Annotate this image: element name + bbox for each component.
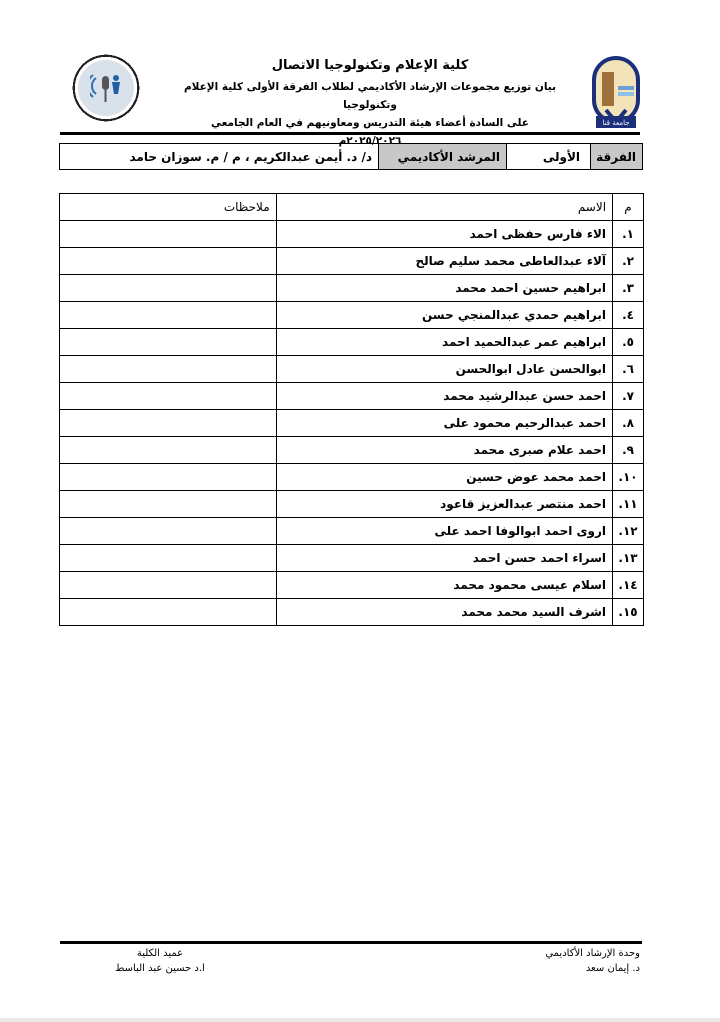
dean-name: ا.د حسين عبد الباسط [100,961,220,976]
student-notes [60,464,277,491]
student-name: احمد منتصر عبدالعزيز قاعود [276,491,612,518]
student-roster-table: م الاسم ملاحظات ١.الاء فارس حفظى احمد ٢.… [59,193,644,626]
student-notes [60,248,277,275]
student-notes [60,518,277,545]
student-notes [60,275,277,302]
student-name: ابراهيم حسين احمد محمد [276,275,612,302]
student-notes [60,599,277,626]
student-name: آلاء عبدالعاطى محمد سليم صالح [276,248,612,275]
row-num: ٥. [613,329,644,356]
header-name: الاسم [276,194,612,221]
advising-unit-title: وحدة الإرشاد الأكاديمي [470,946,640,961]
table-row: ١٥.اشرف السيد محمد محمد [60,599,644,626]
footer-divider [60,941,642,944]
level-label: الفرقة [590,144,642,169]
row-num: ٤. [613,302,644,329]
row-num: ١٤. [613,572,644,599]
faculty-title: كلية الإعلام وتكنولوجيا الاتصال [180,56,560,76]
faculty-logo-icon [68,50,144,126]
student-name: ابوالحسن عادل ابوالحسن [276,356,612,383]
footer-advising-unit: وحدة الإرشاد الأكاديمي د. إيمان سعد [470,946,640,976]
table-row: ١.الاء فارس حفظى احمد [60,221,644,248]
university-logo-icon: جامعة قنا [588,50,644,130]
microphone-figure-icon [90,68,124,108]
student-name: احمد عبدالرحيم محمود على [276,410,612,437]
row-num: ٣. [613,275,644,302]
table-row: ٦.ابوالحسن عادل ابوالحسن [60,356,644,383]
row-num: ١٠. [613,464,644,491]
student-notes [60,491,277,518]
advisor-label: المرشد الأكاديمي [378,144,506,169]
row-num: ١٥. [613,599,644,626]
student-notes [60,383,277,410]
page-edge [0,1018,720,1022]
student-notes [60,356,277,383]
student-name: اروى احمد ابوالوفا احمد على [276,518,612,545]
info-bar: الفرقة الأولى المرشد الأكاديمي د/ د. أيم… [59,143,643,170]
row-num: ٩. [613,437,644,464]
document-header: كلية الإعلام وتكنولوجيا الاتصال بيان توز… [180,56,560,150]
row-num: ١١. [613,491,644,518]
row-num: ٨. [613,410,644,437]
student-notes [60,329,277,356]
student-name: احمد محمد عوض حسين [276,464,612,491]
row-num: ٦. [613,356,644,383]
student-notes [60,545,277,572]
student-name: الاء فارس حفظى احمد [276,221,612,248]
student-notes [60,221,277,248]
document-subtitle-line1: بيان توزيع مجموعات الإرشاد الأكاديمي لطل… [180,78,560,114]
table-row: ٣.ابراهيم حسين احمد محمد [60,275,644,302]
table-row: ٢.آلاء عبدالعاطى محمد سليم صالح [60,248,644,275]
student-name: احمد علام صبرى محمد [276,437,612,464]
dean-title: عميد الكلية [100,946,220,961]
table-row: ٨.احمد عبدالرحيم محمود على [60,410,644,437]
row-num: ٢. [613,248,644,275]
table-row: ٩.احمد علام صبرى محمد [60,437,644,464]
table-header-row: م الاسم ملاحظات [60,194,644,221]
header-divider [60,132,640,135]
student-notes [60,572,277,599]
footer-dean: عميد الكلية ا.د حسين عبد الباسط [100,946,220,976]
student-notes [60,437,277,464]
student-notes [60,302,277,329]
table-row: ١٢.اروى احمد ابوالوفا احمد على [60,518,644,545]
table-row: ٤.ابراهيم حمدي عبدالمنجي حسن [60,302,644,329]
table-row: ١٣.اسراء احمد حسن احمد [60,545,644,572]
student-name: اشرف السيد محمد محمد [276,599,612,626]
student-name: اسلام عيسى محمود محمد [276,572,612,599]
advisor-value: د/ د. أيمن عبدالكريم ، م / م. سوزان حامد [60,144,378,169]
table-row: ٧.احمد حسن عبدالرشيد محمد [60,383,644,410]
svg-text:جامعة قنا: جامعة قنا [602,119,629,127]
student-name: ابراهيم حمدي عبدالمنجي حسن [276,302,612,329]
row-num: ١٣. [613,545,644,572]
student-notes [60,410,277,437]
advising-unit-signatory: د. إيمان سعد [470,961,640,976]
student-name: ابراهيم عمر عبدالحميد احمد [276,329,612,356]
table-row: ١١.احمد منتصر عبدالعزيز قاعود [60,491,644,518]
row-num: ١. [613,221,644,248]
student-name: اسراء احمد حسن احمد [276,545,612,572]
header-num: م [613,194,644,221]
level-value: الأولى [506,144,590,169]
table-row: ٥.ابراهيم عمر عبدالحميد احمد [60,329,644,356]
row-num: ٧. [613,383,644,410]
header-notes: ملاحظات [60,194,277,221]
table-row: ١٤.اسلام عيسى محمود محمد [60,572,644,599]
student-name: احمد حسن عبدالرشيد محمد [276,383,612,410]
row-num: ١٢. [613,518,644,545]
table-row: ١٠.احمد محمد عوض حسين [60,464,644,491]
